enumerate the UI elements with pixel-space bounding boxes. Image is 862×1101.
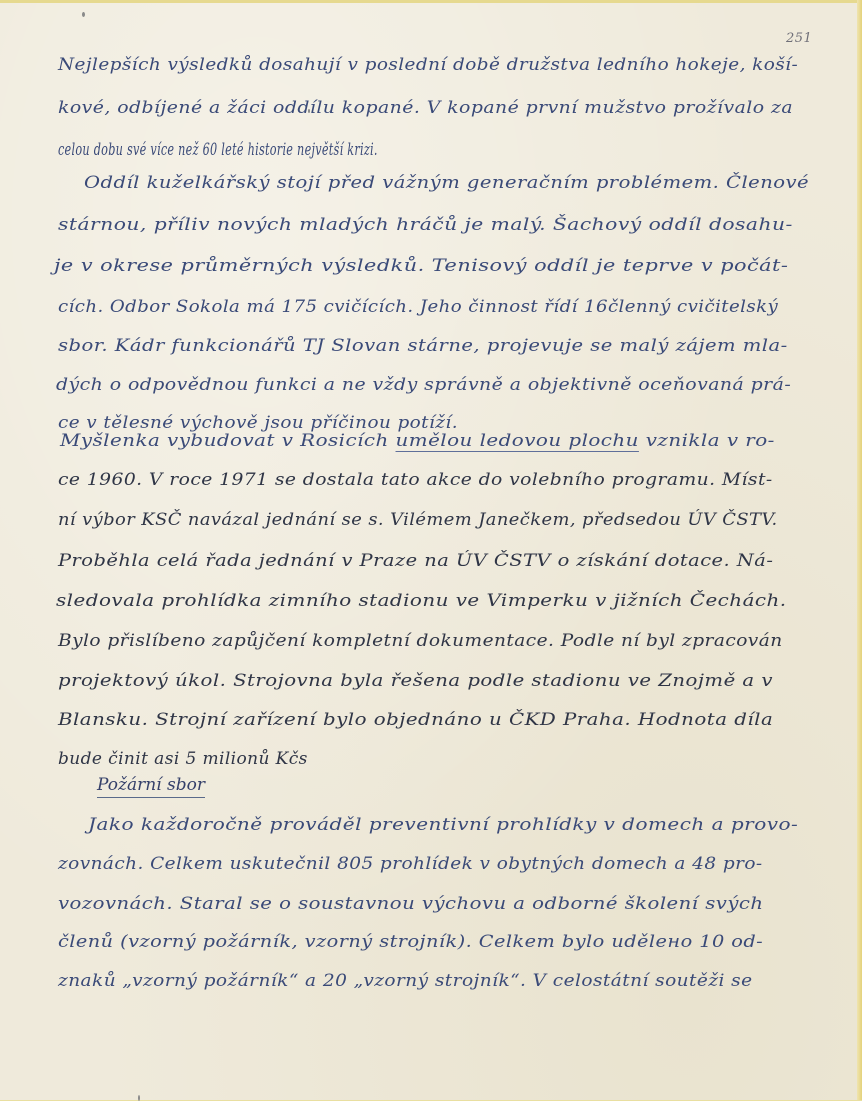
scan-right-edge: [857, 0, 862, 1100]
text-line: znaků „vzorný požárník“ a 20 „vzorný str…: [58, 971, 753, 991]
text-line: kové, odbíjené a žáci oddílu kopané. V k…: [58, 98, 793, 118]
manuscript-page: 251 Nejlepších výsledků dosahují v posle…: [0, 3, 857, 1100]
text-line: sbor. Kádr funkcionářů TJ Slovan stárne,…: [58, 336, 788, 356]
text-segment: Myšlenka vybudovat v Rosicích: [60, 431, 396, 451]
text-line: Bylo přislíbeno zapůjčení kompletní doku…: [58, 631, 783, 651]
text-line: sledovala prohlídka zimního stadionu ve …: [56, 591, 787, 611]
text-line: celou dobu své více než 60 leté historie…: [58, 140, 378, 160]
text-line: ní výbor KSČ navázal jednání se s. Vilém…: [58, 510, 778, 530]
underlined-phrase: umělou ledovou plochu: [396, 431, 639, 451]
text-line: je v okrese průměrných výsledků. Tenisov…: [54, 256, 788, 276]
text-line: Nejlepších výsledků dosahují v poslední …: [58, 55, 798, 75]
text-line: Oddíl kuželkářský stojí před vážným gene…: [84, 173, 809, 193]
text-line: stárnou, příliv nových mladých hráčů je …: [58, 215, 793, 235]
text-line: Jako každoročně prováděl preventivní pro…: [88, 815, 798, 835]
text-line: projektový úkol. Strojovna byla řešena p…: [58, 671, 773, 691]
text-line: ce 1960. V roce 1971 se dostala tato akc…: [58, 470, 773, 490]
ink-speck: [138, 1095, 140, 1100]
text-line: vozovnách. Staral se o soustavnou výchov…: [58, 894, 763, 914]
text-line: cích. Odbor Sokola má 175 cvičících. Jeh…: [58, 297, 778, 317]
text-line: Myšlenka vybudovat v Rosicích umělou led…: [60, 431, 775, 451]
section-heading-fire-brigade: Požární sbor: [97, 775, 205, 798]
text-line: Proběhla celá řada jednání v Praze na ÚV…: [58, 551, 773, 571]
ink-speck: [82, 12, 85, 17]
text-segment: vznikla v ro-: [639, 431, 775, 451]
text-line: dých o odpovědnou funkci a ne vždy správ…: [56, 375, 791, 395]
page-number: 251: [786, 31, 812, 46]
text-line: ce v tělesné výchově jsou příčinou potíž…: [58, 413, 458, 433]
text-line: členů (vzorný požárník, vzorný strojník)…: [58, 932, 763, 952]
text-line: Blansku. Strojní zařízení bylo objednáno…: [58, 710, 773, 730]
text-line: bude činit asi 5 milionů Kčs: [58, 749, 308, 769]
text-line: zovnách. Celkem uskutečnil 805 prohlídek…: [58, 854, 763, 874]
